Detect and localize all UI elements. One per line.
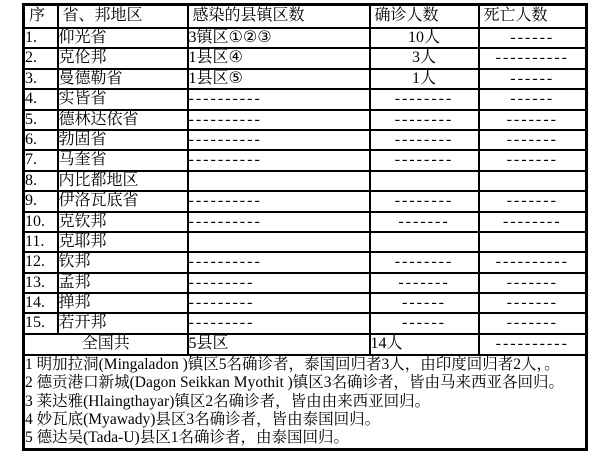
- cell-deaths: [479, 171, 587, 191]
- cell-region: 克耶邦: [58, 232, 188, 252]
- cell-confirmed: --------: [370, 110, 479, 130]
- note-line-3: 3 莱达雅(Hlaingthayar)镇区2名确诊者，皆由由来西亚回归。: [25, 393, 585, 411]
- cell-region: 勃固省: [58, 130, 188, 150]
- cell-region: 马奎省: [58, 150, 188, 170]
- table-row: 13.孟邦-----------------------: [24, 273, 587, 293]
- cell-confirmed: --------: [370, 191, 479, 211]
- cell-deaths: ----------: [479, 252, 587, 272]
- cell-confirmed: --------: [370, 130, 479, 150]
- note-line-4: 4 妙瓦底(Myawady)县区3名确诊者，皆由泰国回归。: [25, 411, 585, 429]
- table-row: 9.伊洛瓦底省-------------------------: [24, 191, 587, 211]
- cell-confirmed: -------: [370, 212, 479, 232]
- cell-index: 11.: [24, 232, 58, 252]
- column-header-deaths: 死亡人数: [479, 5, 587, 29]
- cell-index: 6.: [24, 130, 58, 150]
- cell-index: 14.: [24, 293, 58, 313]
- cell-deaths: -------: [479, 273, 587, 293]
- table-row: 1.仰光省3镇区①②③10人------: [24, 28, 587, 48]
- cell-confirmed: [370, 232, 479, 252]
- cell-region: 曼德勒省: [58, 69, 188, 89]
- note-line-1: 1 明加拉洞(Mingaladon )镇区5名确诊者，泰国回归者3人，由印度回归…: [25, 356, 585, 374]
- cell-index: 7.: [24, 150, 58, 170]
- total-confirmed: 14人: [370, 334, 479, 355]
- cell-deaths: -------: [479, 293, 587, 313]
- column-header-region: 省、邦地区: [58, 5, 188, 29]
- cell-index: 13.: [24, 273, 58, 293]
- cell-index: 12.: [24, 252, 58, 272]
- cell-region: 克钦邦: [58, 212, 188, 232]
- total-label: 全国共: [24, 334, 188, 355]
- document-page: 序 省、邦地区 感染的县镇区数 确诊人数 死亡人数 1.仰光省3镇区①②③10人…: [0, 0, 600, 466]
- cell-confirmed: ------: [370, 293, 479, 313]
- table-row: 2.克伦邦1县区④3人----------: [24, 48, 587, 68]
- cell-deaths: [479, 232, 587, 252]
- cell-townships: ----------: [188, 110, 370, 130]
- cell-deaths: -------: [479, 110, 587, 130]
- table-row: 14.掸邦----------------------: [24, 293, 587, 313]
- cell-townships: ----------: [188, 191, 370, 211]
- table-row: 4.实皆省------------------------: [24, 89, 587, 109]
- cell-region: 内比都地区: [58, 171, 188, 191]
- cell-deaths: -------: [479, 191, 587, 211]
- cell-townships: 1县区⑤: [188, 69, 370, 89]
- column-header-confirmed: 确诊人数: [370, 5, 479, 29]
- cell-deaths: ------: [479, 69, 587, 89]
- table-body: 1.仰光省3镇区①②③10人------2.克伦邦1县区④3人---------…: [24, 28, 587, 334]
- cell-confirmed: ------: [370, 313, 479, 333]
- cell-confirmed: 10人: [370, 28, 479, 48]
- table-row: 11.克耶邦: [24, 232, 587, 252]
- table-row: 3.曼德勒省1县区⑤1人------: [24, 69, 587, 89]
- total-deaths: ----------: [479, 334, 587, 355]
- total-row: 全国共 5县区 14人 ----------: [24, 334, 587, 355]
- cell-confirmed: --------: [370, 89, 479, 109]
- cell-confirmed: 1人: [370, 69, 479, 89]
- note-line-5: 5 德达吴(Tada-U)县区1名确诊者，由泰国回归。: [25, 429, 585, 447]
- cell-region: 伊洛瓦底省: [58, 191, 188, 211]
- table-row: 12.钦邦----------------------------: [24, 252, 587, 272]
- cell-townships: ----------: [188, 130, 370, 150]
- header-row: 序 省、邦地区 感染的县镇区数 确诊人数 死亡人数: [24, 5, 587, 29]
- cell-townships: ----------: [188, 252, 370, 272]
- cell-townships: [188, 171, 370, 191]
- note-line-2: 2 德贡港口新城(Dagon Seikkan Myothit )镇区3名确诊者，…: [25, 374, 585, 392]
- cell-deaths: --------: [479, 212, 587, 232]
- cell-confirmed: --------: [370, 150, 479, 170]
- cell-index: 1.: [24, 28, 58, 48]
- table-row: 6.勃固省-------------------------: [24, 130, 587, 150]
- cell-deaths: ------: [479, 28, 587, 48]
- cell-townships: ----------: [188, 89, 370, 109]
- total-townships: 5县区: [188, 334, 370, 355]
- cell-townships: 3镇区①②③: [188, 28, 370, 48]
- cell-region: 克伦邦: [58, 48, 188, 68]
- cell-region: 仰光省: [58, 28, 188, 48]
- column-header-townships: 感染的县镇区数: [188, 5, 370, 29]
- cell-townships: ---------: [188, 313, 370, 333]
- cell-confirmed: --------: [370, 252, 479, 272]
- table-row: 15.若开邦----------------------: [24, 313, 587, 333]
- cell-index: 5.: [24, 110, 58, 130]
- table-row: 7.马奎省-------------------------: [24, 150, 587, 170]
- notes-row: 1 明加拉洞(Mingaladon )镇区5名确诊者，泰国回归者3人，由印度回归…: [24, 355, 587, 450]
- cell-townships: ----------: [188, 150, 370, 170]
- cell-region: 钦邦: [58, 252, 188, 272]
- cell-confirmed: -------: [370, 273, 479, 293]
- cell-townships: ---------: [188, 293, 370, 313]
- cell-confirmed: 3人: [370, 48, 479, 68]
- cell-deaths: -------: [479, 130, 587, 150]
- cell-deaths: ----------: [479, 48, 587, 68]
- cell-townships: ----------: [188, 212, 370, 232]
- cell-region: 孟邦: [58, 273, 188, 293]
- covid-region-table: 序 省、邦地区 感染的县镇区数 确诊人数 死亡人数 1.仰光省3镇区①②③10人…: [22, 3, 588, 451]
- cell-index: 2.: [24, 48, 58, 68]
- cell-deaths: -------: [479, 313, 587, 333]
- cell-index: 9.: [24, 191, 58, 211]
- cell-region: 实皆省: [58, 89, 188, 109]
- cell-townships: ---------: [188, 273, 370, 293]
- cell-deaths: -------: [479, 150, 587, 170]
- cell-region: 掸邦: [58, 293, 188, 313]
- cell-region: 若开邦: [58, 313, 188, 333]
- cell-deaths: ------: [479, 89, 587, 109]
- cell-confirmed: [370, 171, 479, 191]
- cell-index: 4.: [24, 89, 58, 109]
- cell-index: 8.: [24, 171, 58, 191]
- cell-townships: 1县区④: [188, 48, 370, 68]
- cell-index: 3.: [24, 69, 58, 89]
- cell-region: 德林达依省: [58, 110, 188, 130]
- table-row: 5.德林达依省-------------------------: [24, 110, 587, 130]
- cell-index: 10.: [24, 212, 58, 232]
- table-row: 8.内比都地区: [24, 171, 587, 191]
- notes-cell: 1 明加拉洞(Mingaladon )镇区5名确诊者，泰国回归者3人，由印度回归…: [24, 355, 587, 450]
- cell-townships: [188, 232, 370, 252]
- table-row: 10.克钦邦-------------------------: [24, 212, 587, 232]
- column-header-index: 序: [24, 5, 58, 29]
- cell-index: 15.: [24, 313, 58, 333]
